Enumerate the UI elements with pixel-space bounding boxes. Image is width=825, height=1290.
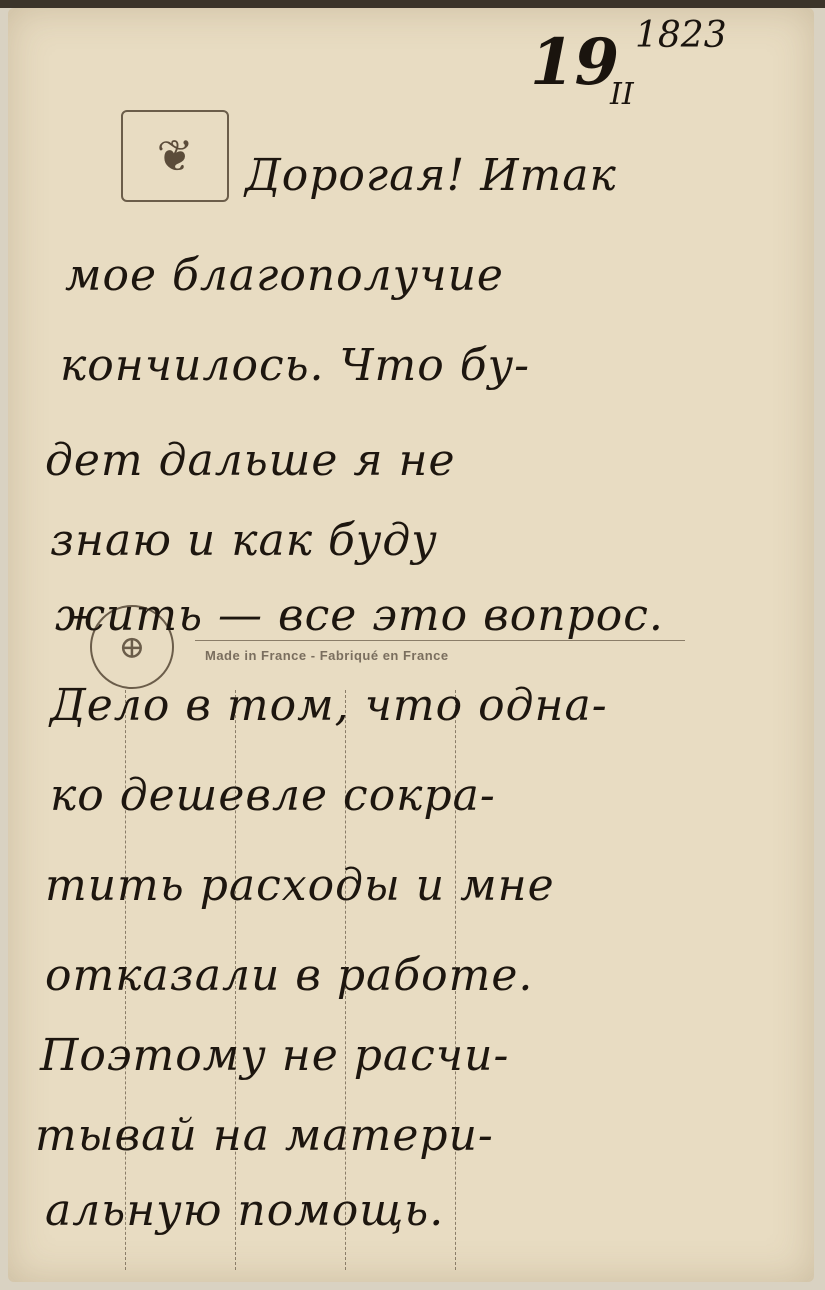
top-edge-shadow	[0, 0, 825, 8]
handwritten-line: тить расходы и мне	[45, 860, 555, 911]
handwritten-line: дет дальше я не	[45, 435, 456, 486]
handwritten-line: отказали в работе.	[45, 950, 533, 1001]
handwritten-line: мое благополучие	[65, 250, 504, 301]
date-day: 19	[530, 25, 619, 100]
handwritten-line: альную помощь.	[45, 1185, 444, 1236]
handwritten-line: Дорогая! Итак	[245, 150, 617, 201]
handwritten-date: 19 1823 II	[530, 25, 619, 100]
handwritten-line: Поэтому не расчи-	[40, 1030, 509, 1081]
handwritten-line: кончилось. Что бу-	[60, 340, 530, 391]
handwritten-line: ко дешевле сокра-	[50, 770, 496, 821]
imprint-text: Made in France - Fabriqué en France	[205, 648, 449, 663]
handwritten-line: жить — все это вопрос.	[55, 590, 664, 641]
handwritten-line: Дело в том, что одна-	[50, 680, 608, 731]
date-year: 1823	[635, 15, 727, 56]
date-month: II	[610, 77, 634, 112]
publisher-monogram-icon: ❦	[121, 110, 229, 202]
handwritten-line: тывай на матери-	[35, 1110, 494, 1161]
handwritten-line: знаю и как буду	[50, 515, 438, 566]
